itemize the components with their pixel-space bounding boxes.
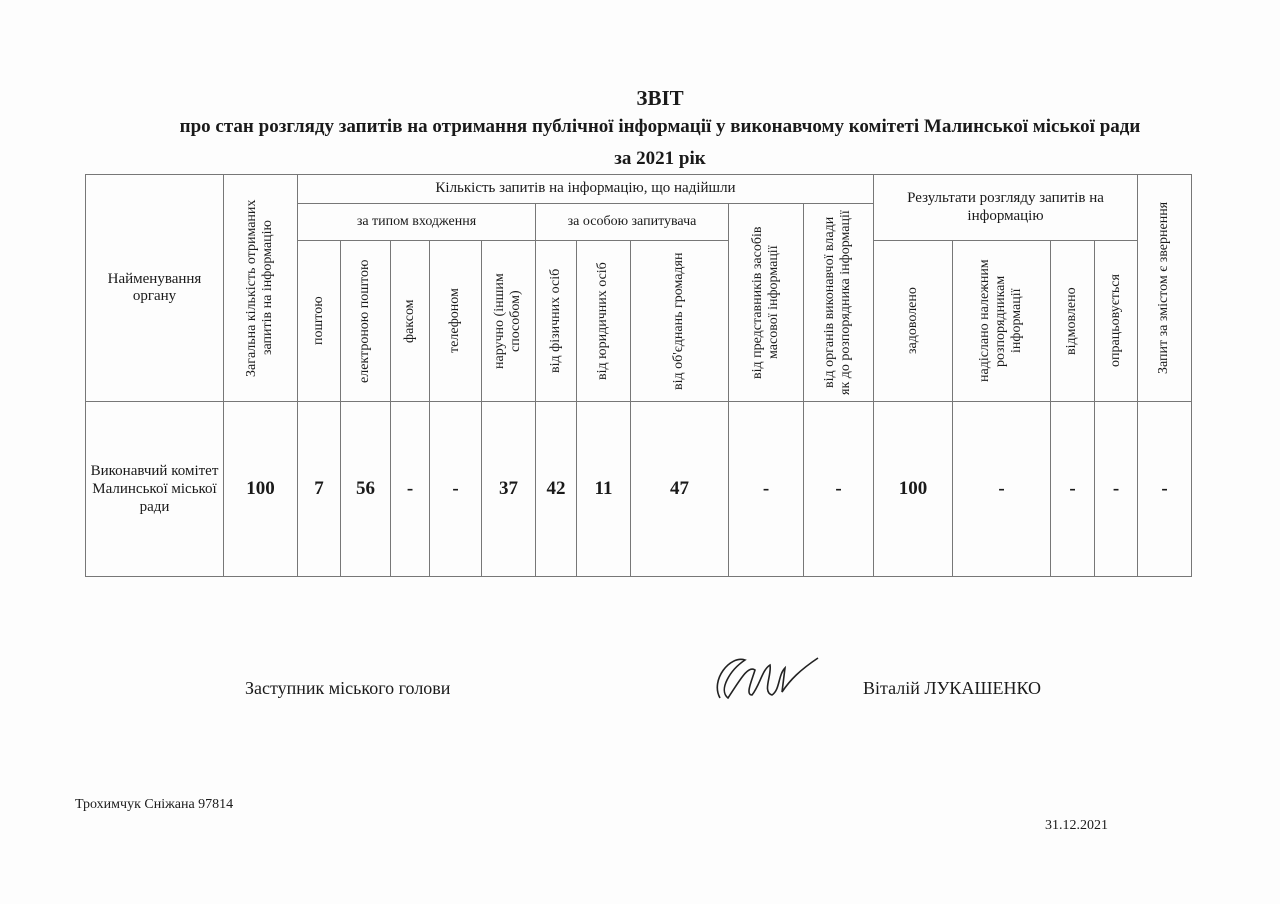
header-by-entry-type: за типом входження (298, 204, 536, 241)
signature-icon (700, 640, 820, 706)
executor-info: Трохимчук Сніжана 97814 (75, 797, 233, 813)
header-in-person: наручно (іншим способом) (482, 241, 536, 402)
header-associations: від об'єднань громадян (631, 241, 729, 402)
header-refused: відмовлено (1051, 241, 1095, 402)
header-individuals: від фізичних осіб (536, 241, 577, 402)
header-received-group: Кількість запитів на інформацію, що наді… (298, 175, 874, 204)
cell-post: 7 (298, 402, 341, 577)
header-satisfied: задоволено (874, 241, 953, 402)
header-processing: опрацьовується (1095, 241, 1138, 402)
header-legal: від юридичних осіб (577, 241, 631, 402)
header-forwarded: надіслано належним розпорядникам інформа… (953, 241, 1051, 402)
cell-appeal: - (1138, 402, 1192, 577)
report-period: за 2021 рік (20, 148, 1280, 170)
header-org-name: Найменування органу (86, 175, 224, 402)
header-results-group: Результати розгляду запитів на інформаці… (874, 175, 1138, 241)
signer-name: Віталій ЛУКАШЕНКО (863, 678, 1041, 699)
cell-authorities: - (804, 402, 874, 577)
report-title: ЗВІТ (20, 86, 1280, 111)
cell-media: - (729, 402, 804, 577)
cell-fax: - (391, 402, 430, 577)
header-appeal: Запит за змістом є звернення (1138, 175, 1192, 402)
cell-satisfied: 100 (874, 402, 953, 577)
cell-in-person: 37 (482, 402, 536, 577)
document-date: 31.12.2021 (1045, 818, 1108, 834)
header-phone: телефоном (430, 241, 482, 402)
cell-refused: - (1051, 402, 1095, 577)
header-media: від представників засобів масової інформ… (729, 204, 804, 402)
cell-phone: - (430, 402, 482, 577)
header-total: Загальна кількість отриманих запитів на … (224, 175, 298, 402)
cell-legal: 11 (577, 402, 631, 577)
cell-forwarded: - (953, 402, 1051, 577)
report-subtitle: про стан розгляду запитів на отримання п… (20, 116, 1280, 138)
table-row: Виконавчий комітет Малинської міської ра… (86, 402, 1192, 577)
cell-associations: 47 (631, 402, 729, 577)
report-table: Найменування органу Загальна кількість о… (85, 174, 1192, 577)
header-post: поштою (298, 241, 341, 402)
header-by-requester: за особою запитувача (536, 204, 729, 241)
cell-individuals: 42 (536, 402, 577, 577)
signer-position: Заступник міського голови (245, 678, 450, 699)
header-email: електроною поштою (341, 241, 391, 402)
header-authorities: від органів виконавчої влади як до розпо… (804, 204, 874, 402)
cell-email: 56 (341, 402, 391, 577)
cell-org-name: Виконавчий комітет Малинської міської ра… (86, 402, 224, 577)
cell-total: 100 (224, 402, 298, 577)
cell-processing: - (1095, 402, 1138, 577)
header-fax: факсом (391, 241, 430, 402)
